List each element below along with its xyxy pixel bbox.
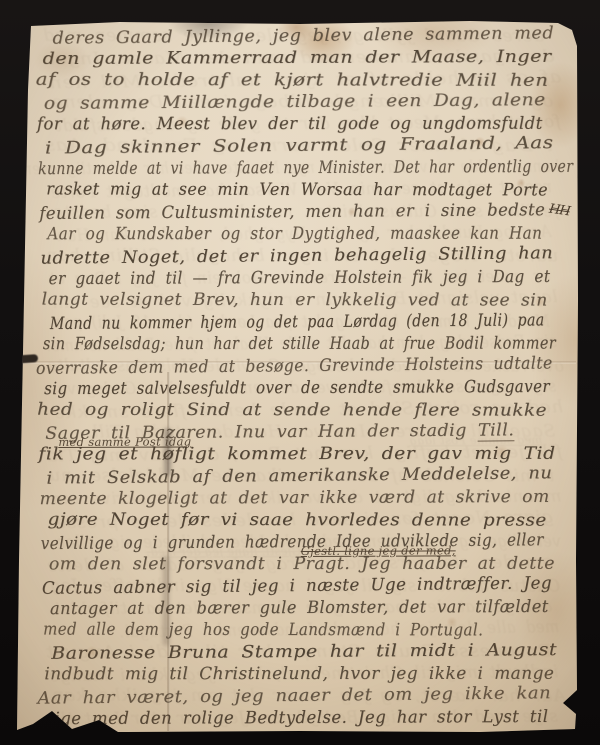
handwriting-line: sig meget salvelsesfuldt over de sendte …	[44, 377, 600, 399]
handwriting-line: langt velsignet Brev, hun er lykkelig ve…	[42, 290, 548, 311]
handwriting-line: feuillen som Cultusminister, men han er …	[39, 200, 565, 224]
handwriting-line: gjøre Noget før vi saae hvorledes denne …	[48, 510, 514, 531]
handwriting-line: Aar har været, og jeg naaer det om jeg i…	[37, 683, 525, 708]
handwriting-line: Baronesse Bruna Stampe har til midt i Au…	[51, 640, 506, 663]
handwriting-line: meente klogeligt at det var ikke værd at…	[40, 487, 547, 509]
handwriting-line: er gaaet ind til — fra Grevinde Holstein…	[49, 267, 600, 289]
handwriting-line: Cactus aabner sig til jeg i næste Uge in…	[42, 573, 564, 599]
inserted-correction: med samme Post idag	[58, 434, 191, 449]
handwriting-line: sige med den rolige Bedtydelse. Jeg har …	[45, 707, 565, 729]
handwriting-line: overraske dem med at besøge. Grevinde Ho…	[36, 353, 600, 379]
handwriting-line: kunne melde at vi have faaet nye Ministe…	[38, 156, 600, 179]
handwriting-line: sin Fødselsdag; hun har det stille Haab …	[43, 333, 600, 354]
handwriting-line: indbudt mig til Christinelund, hvor jeg …	[44, 664, 558, 685]
letter-page: deres Gaard Jyllinge, jeg blev alene sam…	[0, 0, 600, 745]
handwriting-line: rasket mig at see min Ven Worsaa har mod…	[46, 179, 583, 200]
handwriting-line: udrette Noget, det er ingen behagelig St…	[40, 243, 533, 268]
handwriting-line: for at høre. Meest blev der til gode og …	[37, 114, 561, 135]
handwriting-line: antager at den bærer gule Blomster, det …	[50, 597, 577, 619]
handwriting-line: Aar og Kundskaber og stor Dygtighed, maa…	[47, 224, 600, 245]
handwriting-line: i mit Selskab af den amerikanske Meddele…	[46, 463, 529, 488]
handwriting-line: med alle dem jeg hos gode Landsmænd i Po…	[43, 620, 543, 641]
handwriting-line: deres Gaard Jyllinge, jeg blev alene sam…	[52, 23, 537, 48]
handwriting-line: den gamle Kammerraad man der Maase, Inge…	[43, 47, 498, 69]
handwriting-line: af os to holde af et kjørt halvtredie Mi…	[36, 70, 480, 91]
handwriting-line: og samme Miillængde tilbage i een Dag, a…	[44, 90, 502, 113]
handwriting-line: Mand nu kommer hjem og det paa Lørdag (d…	[50, 310, 600, 334]
letter-photo: deres Gaard Jyllinge, jeg blev alene sam…	[0, 0, 600, 745]
handwriting-line: om den slet forsvandt i Pragt. Jeg haabe…	[49, 554, 547, 575]
handwriting-line: hed og roligt Sind at sende hende flere …	[37, 400, 509, 421]
inserted-correction: Gjestl. ligne jeg der med,	[301, 543, 456, 558]
margin-scribble: HH	[548, 202, 571, 220]
handwriting-text: deres Gaard Jyllinge, jeg blev alene sam…	[0, 0, 600, 745]
handwriting-line: i Dag skinner Solen varmt og Fraaland, A…	[45, 134, 478, 159]
